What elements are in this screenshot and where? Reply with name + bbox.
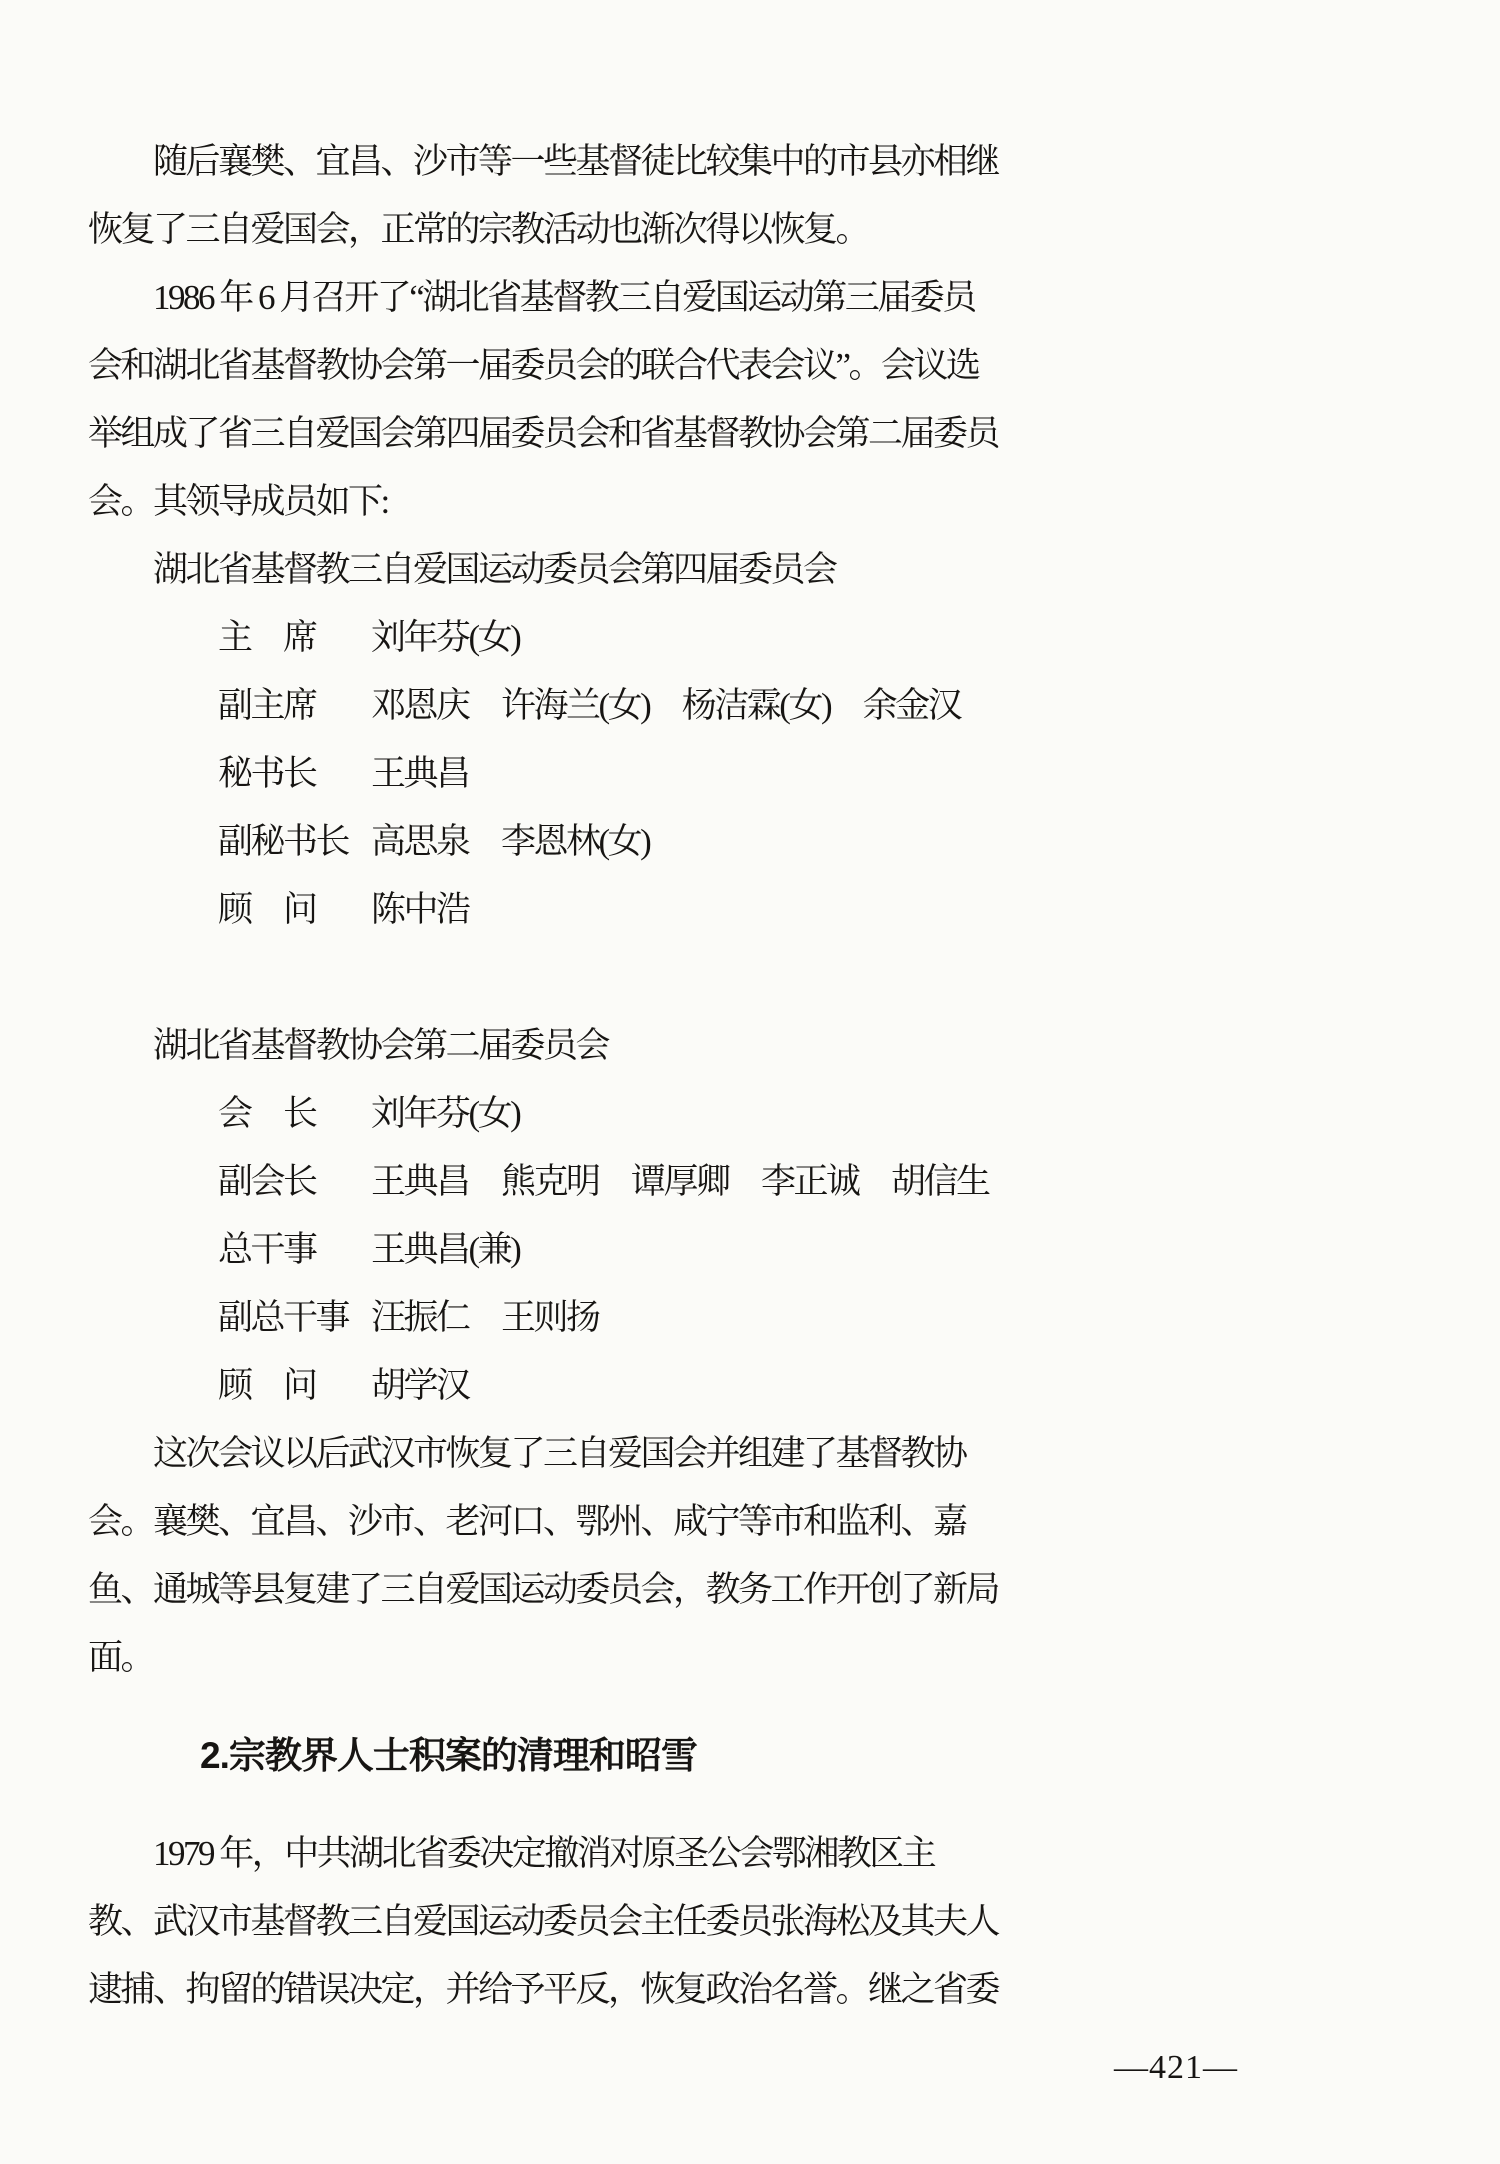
paragraph-line: 逮捕、拘留的错误决定，并给予平反，恢复政治名誉。继之省委 bbox=[88, 1956, 1410, 2024]
officer-role: 副会长 bbox=[218, 1148, 371, 1216]
paragraph-line: 鱼、通城等县复建了三自爱国运动委员会，教务工作开创了新局 bbox=[88, 1556, 1410, 1624]
officer-row: 副主席邓恩庆 许海兰(女) 杨洁霖(女) 余金汉 bbox=[88, 672, 1410, 740]
blank-line bbox=[88, 944, 1410, 1012]
page-number: —421— bbox=[88, 2042, 1410, 2094]
officer-names: 王典昌 bbox=[371, 754, 469, 793]
paragraph-line: 教、武汉市基督教三自爱国运动委员会主任委员张海松及其夫人 bbox=[88, 1888, 1410, 1956]
officer-role: 副总干事 bbox=[218, 1284, 371, 1352]
paragraph-line: 1979 年，中共湖北省委决定撤消对原圣公会鄂湘教区主 bbox=[88, 1820, 1410, 1888]
officer-row: 主 席刘年芬(女) bbox=[88, 604, 1410, 672]
officer-names: 汪振仁 王则扬 bbox=[371, 1298, 599, 1337]
officer-role: 副主席 bbox=[218, 672, 371, 740]
officer-role: 副秘书长 bbox=[218, 808, 371, 876]
officer-names: 刘年芬(女) bbox=[371, 618, 519, 657]
officer-names: 胡学汉 bbox=[371, 1366, 469, 1405]
officer-role: 顾 问 bbox=[218, 1352, 371, 1420]
officer-row: 副秘书长高思泉 李恩林(女) bbox=[88, 808, 1410, 876]
paragraph-line: 随后襄樊、宜昌、沙市等一些基督徒比较集中的市县亦相继 bbox=[88, 128, 1410, 196]
paragraph-line: 会。襄樊、宜昌、沙市、老河口、鄂州、咸宁等市和监利、嘉 bbox=[88, 1488, 1410, 1556]
officer-names: 刘年芬(女) bbox=[371, 1094, 519, 1133]
officer-row: 副会长王典昌 熊克明 谭厚卿 李正诚 胡信生 bbox=[88, 1148, 1410, 1216]
paragraph-line: 会。其领导成员如下: bbox=[88, 468, 1410, 536]
officer-role: 顾 问 bbox=[218, 876, 371, 944]
officer-role: 会 长 bbox=[218, 1080, 371, 1148]
officer-row: 会 长刘年芬(女) bbox=[88, 1080, 1410, 1148]
paragraph-line: 举组成了省三自爱国会第四届委员会和省基督教协会第二届委员 bbox=[88, 400, 1410, 468]
officer-names: 陈中浩 bbox=[371, 890, 469, 929]
officer-role: 秘书长 bbox=[218, 740, 371, 808]
paragraph-line: 这次会议以后武汉市恢复了三自爱国会并组建了基督教协 bbox=[88, 1420, 1410, 1488]
committee-title: 湖北省基督教协会第二届委员会 bbox=[88, 1012, 1410, 1080]
officer-row: 顾 问陈中浩 bbox=[88, 876, 1410, 944]
paragraph-line: 面。 bbox=[88, 1624, 1410, 1692]
officer-row: 顾 问胡学汉 bbox=[88, 1352, 1410, 1420]
officer-names: 王典昌 熊克明 谭厚卿 李正诚 胡信生 bbox=[371, 1162, 989, 1201]
officer-row: 副总干事汪振仁 王则扬 bbox=[88, 1284, 1410, 1352]
officer-names: 邓恩庆 许海兰(女) 杨洁霖(女) 余金汉 bbox=[371, 686, 960, 725]
book-page: 随后襄樊、宜昌、沙市等一些基督徒比较集中的市县亦相继 恢复了三自爱国会，正常的宗… bbox=[0, 0, 1500, 2164]
paragraph-line: 1986 年 6 月召开了“湖北省基督教三自爱国运动第三届委员 bbox=[88, 264, 1410, 332]
officer-role: 总干事 bbox=[218, 1216, 371, 1284]
officer-row: 秘书长王典昌 bbox=[88, 740, 1410, 808]
committee-title: 湖北省基督教三自爱国运动委员会第四届委员会 bbox=[88, 536, 1410, 604]
section-heading: 2.宗教界人士积案的清理和昭雪 bbox=[88, 1722, 1410, 1790]
paragraph-line: 恢复了三自爱国会，正常的宗教活动也渐次得以恢复。 bbox=[88, 196, 1410, 264]
officer-row: 总干事王典昌(兼) bbox=[88, 1216, 1410, 1284]
officer-names: 王典昌(兼) bbox=[371, 1230, 519, 1269]
officer-role: 主 席 bbox=[218, 604, 371, 672]
paragraph-line: 会和湖北省基督教协会第一届委员会的联合代表会议”。会议选 bbox=[88, 332, 1410, 400]
officer-names: 高思泉 李恩林(女) bbox=[371, 822, 649, 861]
